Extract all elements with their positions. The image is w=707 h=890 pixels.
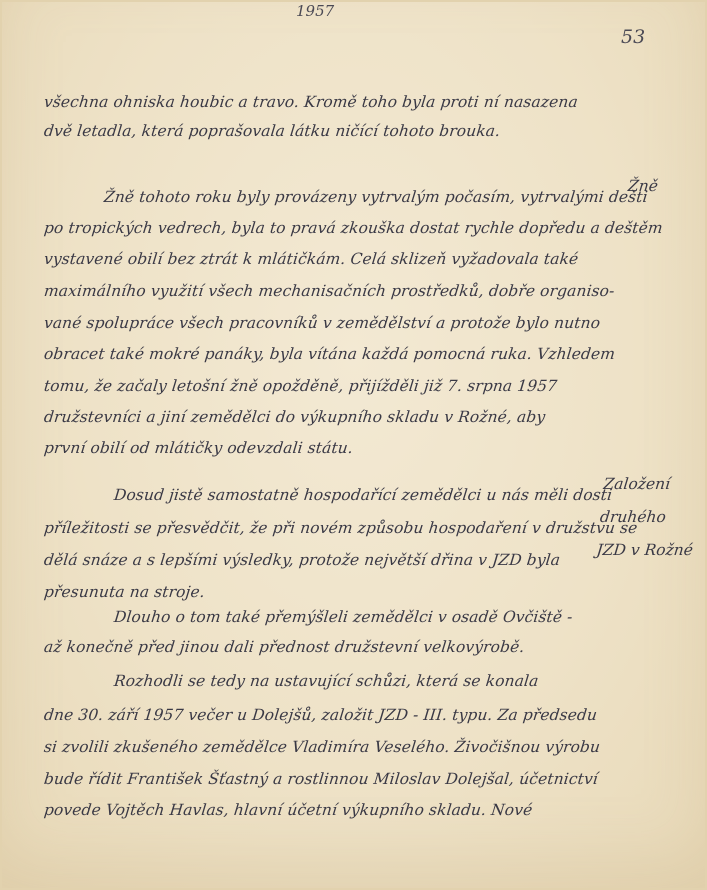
text-line: první obilí od mlátičky odevzdali státu. [43,439,354,457]
text-line: dne 30. září 1957 večer u Dolejšů, založ… [43,706,598,724]
margin-note-line: Založení [602,468,702,501]
text-line: bude řídit František Šťastný a rostlinno… [43,770,599,788]
text-line: Žně tohoto roku byly provázeny vytrvalým… [103,188,649,206]
text-line: maximálního využití všech mechanisačních… [43,282,615,300]
margin-note-line: druhého [598,501,698,534]
margin-note-jzd-founding: Založení druhého JZD v Rožné [595,468,702,567]
page-number: 53 [621,26,645,48]
text-line: povede Vojtěch Havlas, hlavní účetní výk… [43,801,533,819]
text-line: po tropických vedrech, byla to pravá zko… [43,219,664,237]
text-line: družstevníci a jiní zemědělci do výkupní… [43,408,546,426]
text-line: obracet také mokré panáky, byla vítána k… [43,345,616,363]
text-line: příležitosti se přesvědčit, že při novém… [43,519,638,537]
text-line: Dosud jistě samostatně hospodařící zeměd… [113,486,613,504]
text-line: tomu, že začaly letošní žně opožděně, př… [43,377,558,395]
margin-note-line: Žně [626,170,659,203]
text-line: Rozhodli se tedy na ustavující schůzi, k… [113,672,539,690]
text-line: vané spolupráce všech pracovníků v zeměd… [43,314,601,332]
text-line: až konečně před jinou dali přednost druž… [43,638,525,656]
text-line: vystavené obilí bez ztrát k mlátičkám. C… [43,250,579,268]
margin-note-line: JZD v Rožné [595,534,695,567]
text-line: přesunuta na stroje. [43,583,206,601]
text-line: dvě letadla, která poprašovala látku nič… [43,122,501,140]
chronicle-page: 1957 53 všechna ohniska houbic a travo. … [0,0,707,890]
margin-note-harvest: Žně [626,170,659,203]
text-line: všechna ohniska houbic a travo. Kromě to… [43,93,579,111]
page-header-year: 1957 [296,2,334,20]
text-line: dělá snáze a s lepšími výsledky, protože… [43,551,561,569]
text-line: si zvolili zkušeného zemědělce Vladimíra… [43,738,601,756]
text-line: Dlouho o tom také přemýšleli zemědělci v… [113,608,573,626]
